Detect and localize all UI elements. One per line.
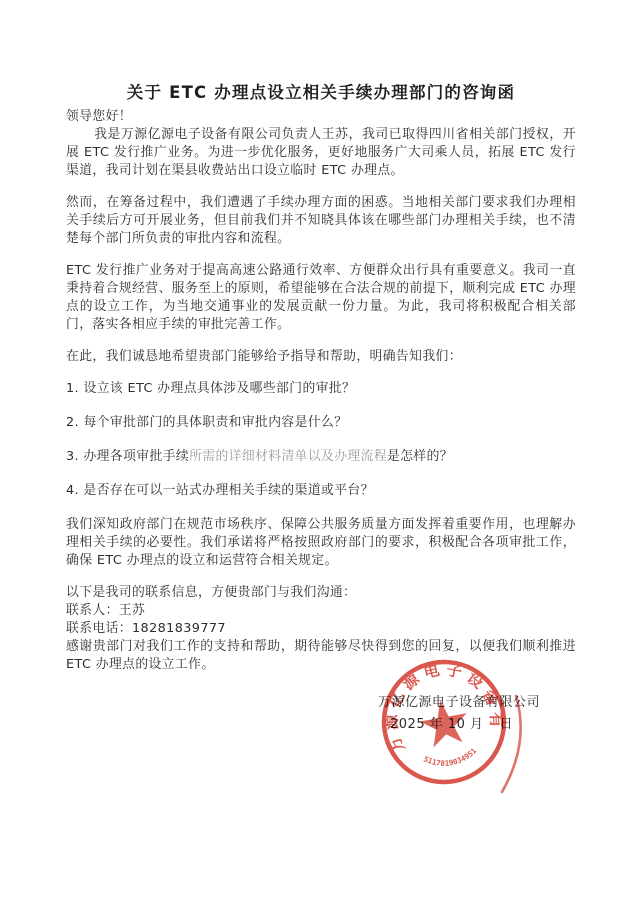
paragraph-commitment: 我们深知政府部门在规范市场秩序、保障公共服务质量方面发挥着重要作用，也理解办理相… (66, 516, 576, 570)
question-text: 设立该 ETC 办理点具体涉及哪些部门的审批？ (83, 381, 355, 396)
letter-page: 关于 ETC 办理点设立相关手续办理部门的咨询函 领导您好！ 我是万源亿源电子设… (0, 0, 640, 901)
question-item-2: 2. 每个审批部门的具体职责和审批内容是什么？ (66, 414, 576, 432)
seal-serial-container: 5117819034951 (421, 745, 481, 772)
question-text: 办理各项审批手续 (83, 449, 189, 464)
question-text-faded: 所需的详细材料清单以及办理流程 (189, 449, 387, 464)
question-number: 4. (66, 483, 79, 498)
contact-person: 联系人：王苏 (66, 602, 576, 620)
paragraph-problem: 然而，在筹备过程中，我们遭遇了手续办理方面的困惑。当地相关部门要求我们办理相关手… (66, 194, 576, 248)
contact-intro: 以下是我司的联系信息，方便贵部门与我们沟通： (66, 584, 576, 602)
question-text: 是怎样的？ (387, 449, 453, 464)
question-item-4: 4. 是否存在可以一站式办理相关手续的渠道或平台？ (66, 482, 576, 500)
question-item-3: 3. 办理各项审批手续所需的详细材料清单以及办理流程是怎样的？ (66, 448, 576, 466)
question-item-1: 1. 设立该 ETC 办理点具体涉及哪些部门的审批？ (66, 380, 576, 398)
paragraph-significance: ETC 发行推广业务对于提高高速公路通行效率、方便群众出行具有重要意义。我司一直… (66, 262, 576, 334)
question-text: 是否存在可以一站式办理相关手续的渠道或平台？ (83, 483, 373, 498)
question-number: 3. (66, 449, 79, 464)
paragraph-request: 在此，我们诚恳地希望贵部门能够给予指导和帮助，明确告知我们： (66, 348, 576, 366)
contact-phone: 联系电话：18281839777 (66, 620, 576, 638)
stamp-smudge-arc-icon (492, 688, 536, 800)
greeting-line: 领导您好！ (66, 108, 576, 126)
letter-title: 关于 ETC 办理点设立相关手续办理部门的咨询函 (66, 84, 576, 102)
letter-body: 关于 ETC 办理点设立相关手续办理部门的咨询函 领导您好！ 我是万源亿源电子设… (66, 84, 576, 674)
paragraph-intro: 我是万源亿源电子设备有限公司负责人王苏，我司已取得四川省相关部门授权，开展 ET… (66, 126, 576, 180)
seal-serial-number: 5117819034951 (421, 745, 481, 772)
question-text: 每个审批部门的具体职责和审批内容是什么？ (83, 415, 347, 430)
seal-star-icon (417, 696, 472, 749)
question-number: 2. (66, 415, 79, 430)
question-number: 1. (66, 381, 79, 396)
